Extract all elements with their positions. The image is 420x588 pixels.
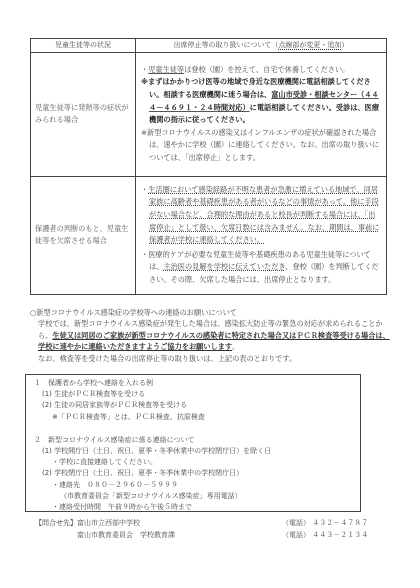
contact-row: 【問合せ先】 富山市立西部中学校 （電話） ４３２－４７８７ (35, 518, 375, 530)
phone-note: （市教育委員会「新型コロナウイルス感染症」専用電話） (34, 491, 352, 502)
note-text: ※「ＰＣＲ検査等」とは、ＰＣＲ検査、抗原検査 (34, 412, 352, 423)
table-row: 児童生徒等に発熱等の症状がみられる場合 ・児童生徒等は登校（園）を控えて、自宅で… (31, 52, 387, 176)
contact-org: 富山市立西部中学校 (77, 518, 282, 530)
document-page: 児童生徒等の状況 出席停止等の取り扱いについて（点線部が変更・追加） 児童生徒等… (0, 0, 420, 588)
attendance-table: 児童生徒等の状況 出席停止等の取り扱いについて（点線部が変更・追加） 児童生徒等… (30, 38, 387, 295)
header-situation: 児童生徒等の状況 (31, 39, 136, 53)
hours-text: ・連絡受付時間 午前９時から午後５時まで (34, 502, 352, 513)
list-item: (2) 生徒の同居家族等がＰＣＲ検査等を受ける (34, 400, 352, 411)
handling-paragraph: ※新型コロナウイルスの感染又はインフルエンザの症状が確認された場合は、速やかに学… (141, 127, 382, 165)
contact-label: 【問合せ先】 (35, 518, 77, 530)
phone-number: ・連絡先 ０８０－２９６０－５９９９ (34, 480, 352, 491)
header-handling-suffix: ） (341, 41, 348, 49)
situation-cell: 保護者の判断のもと、児童生徒等を欠席させる場合 (31, 176, 136, 294)
handling-paragraph: ・生活圏において感染経路が不明な患者が急激に増えている地域で、同居家族に高齢者や… (141, 184, 382, 247)
spacer (34, 423, 352, 435)
handling-cell: ・児童生徒等は登校（園）を控えて、自宅で休養してください。 ※まずはかかりつけ医… (136, 52, 387, 176)
changed-text: 生活圏において感染経路が不明な患者が急激に増えている地域で、同居家族に高齢者や基… (148, 185, 379, 244)
notice-paragraph: なお、検査等を受けた場合の出席停止等の取り扱いは、上記の表のとおりです。 (30, 353, 390, 364)
table-row: 保護者の判断のもと、児童生徒等を欠席させる場合 ・生活圏において感染経路が不明な… (31, 176, 387, 294)
contact-guide-box: １ 保護者から学校へ連絡を入れる例 (1) 生徒がＰＣＲ検査等を受ける (2) … (25, 374, 361, 512)
section-title: １ 保護者から学校へ連絡を入れる例 (34, 378, 352, 389)
handling-paragraph: ・医療的ケアが必要な児童生徒等や基礎疾患のある児童生徒等については、主治医の見解… (141, 249, 382, 287)
contact-row: 富山市教育委員会 学校教育課 （電話） ４４３－２１３４ (35, 530, 375, 542)
header-handling-text: 出席停止等の取り扱いについて（ (174, 41, 279, 49)
phone-number: ４４３－２１３４ (312, 531, 368, 539)
notice-paragraph: 学校では、新型コロナウイルス感染症が発生した場合は、感染拡大防止等の緊急の対応が… (30, 318, 390, 352)
changed-text: 主治医の見解を学校に伝えていただき (163, 262, 285, 271)
underlined-text: 児童生徒等 (148, 65, 184, 74)
phone-label: （電話） (282, 531, 310, 539)
contact-label-spacer (35, 530, 77, 542)
header-changed-note: 点線部が変更・追加 (278, 41, 341, 50)
handling-cell: ・生活圏において感染経路が不明な患者が急激に増えている地域で、同居家族に高齢者や… (136, 176, 387, 294)
phone-number: ４３２－４７８７ (312, 519, 368, 527)
contact-org: 富山市教育委員会 学校教育課 (77, 530, 282, 542)
situation-cell: 児童生徒等に発熱等の症状がみられる場合 (31, 52, 136, 176)
notice-heading: ○新型コロナウイルス感染症の学校等への連絡のお願いについて (30, 307, 390, 318)
paragraph-text: 。 (232, 342, 239, 351)
request-text: 生徒又は同居のご家族が新型コロナウイルスの感染者に特定された場合又はＰＣＲ検査等… (38, 331, 390, 351)
header-handling: 出席停止等の取り扱いについて（点線部が変更・追加） (136, 39, 387, 53)
list-item: (2) 学校閉庁日（土日、祝日、夏季・冬季休業中の学校閉庁日） (34, 468, 352, 479)
list-subitem: ・学校に直接連絡してください。 (34, 457, 352, 468)
table-header-row: 児童生徒等の状況 出席停止等の取り扱いについて（点線部が変更・追加） (31, 39, 387, 53)
section-title: ２ 新型コロナウイルス感染症に係る連絡について (34, 435, 352, 446)
contact-phone: （電話） ４３２－４７８７ (282, 518, 375, 530)
notice-section: ○新型コロナウイルス感染症の学校等への連絡のお願いについて 学校では、新型コロナ… (30, 307, 390, 364)
contact-phone: （電話） ４４３－２１３４ (282, 530, 375, 542)
phone-label: （電話） (282, 519, 310, 527)
paragraph-text: は登校（園）を控えて、自宅で休養してください。 (184, 65, 349, 74)
handling-paragraph: ・児童生徒等は登校（園）を控えて、自宅で休養してください。 (141, 64, 382, 77)
list-item: (1) 学校開庁日（土日、祝日、夏季・冬季休業中の学校閉庁日）を除く日 (34, 446, 352, 457)
handling-paragraph: ※まずはかかりつけ医等の地域で身近な医療機関に電話相談してください。相談する医療… (141, 76, 382, 126)
inquiry-contacts: 【問合せ先】 富山市立西部中学校 （電話） ４３２－４７８７ 富山市教育委員会 … (35, 518, 375, 541)
list-item: (1) 生徒がＰＣＲ検査等を受ける (34, 389, 352, 400)
